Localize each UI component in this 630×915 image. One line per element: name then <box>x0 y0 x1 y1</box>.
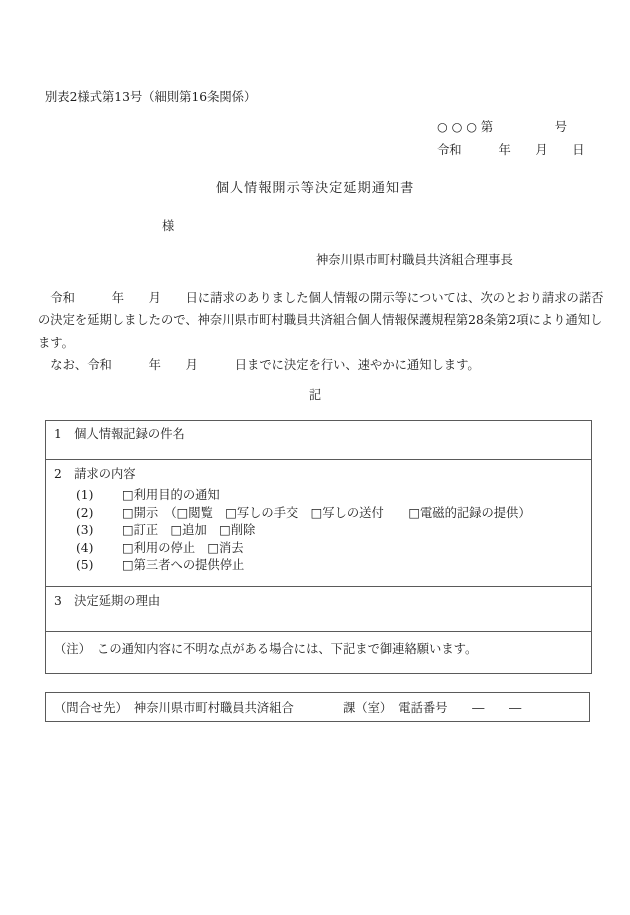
request-item-list: (1)□利用目的の通知 (2)□開示 （□閲覧 □写しの手交 □写しの送付 □電… <box>54 487 583 575</box>
document-page: 別表2様式第13号（細則第16条関係） ○ ○ ○ 第 号 令和 年 月 日 個… <box>0 0 630 915</box>
item-number: (5) <box>76 557 122 575</box>
option-label: 追加 <box>182 523 219 537</box>
option-label: 第三者への提供停止 <box>134 558 245 572</box>
option-label: 閲覧 <box>188 506 225 520</box>
checkbox-icon: □ <box>122 523 134 537</box>
request-item-2: (2)□開示 （□閲覧 □写しの手交 □写しの送付 □電磁的記録の提供） <box>76 505 583 523</box>
contact-line: （問合せ先） 神奈川県市町村職員共済組合 課（室） 電話番号 ― ― <box>54 698 521 716</box>
option-label: 開示 （ <box>134 506 177 520</box>
checkbox-icon: □ <box>219 523 231 537</box>
table-row-note: （注） この通知内容に不明な点がある場合には、下記まで御連絡願います。 <box>46 631 591 673</box>
checkbox-icon: □ <box>122 488 134 502</box>
option-label: 消去 <box>219 541 244 555</box>
request-item-3: (3)□訂正 □追加 □削除 <box>76 522 583 540</box>
contact-box: （問合せ先） 神奈川県市町村職員共済組合 課（室） 電話番号 ― ― <box>45 692 590 722</box>
option-label: 削除 <box>231 523 256 537</box>
request-item-1: (1)□利用目的の通知 <box>76 487 583 505</box>
body-line: の決定を延期しましたので、神奈川県市町村職員共済組合個人情報保護規程第28条第2… <box>38 309 598 331</box>
addressee-honorific: 様 <box>162 216 174 234</box>
item-number: (1) <box>76 487 122 505</box>
item-number: (4) <box>76 540 122 558</box>
item-number: (3) <box>76 522 122 540</box>
checkbox-icon: □ <box>122 541 134 555</box>
checkbox-icon: □ <box>177 506 189 520</box>
checkbox-icon: □ <box>311 506 323 520</box>
sender-name: 神奈川県市町村職員共済組合理事長 <box>316 250 513 268</box>
option-label: 訂正 <box>134 523 171 537</box>
form-id-label: 別表2様式第13号（細則第16条関係） <box>45 87 256 105</box>
checkbox-icon: □ <box>122 558 134 572</box>
row-label: 2 請求の内容 <box>54 466 583 483</box>
option-label: 写しの送付 <box>322 506 408 520</box>
record-marker: 記 <box>0 385 630 403</box>
main-table: 1 個人情報記録の件名 2 請求の内容 (1)□利用目的の通知 (2)□開示 （… <box>45 420 592 674</box>
table-row-record-name: 1 個人情報記録の件名 <box>46 421 591 459</box>
body-line: 令和 年 月 日に請求のありました個人情報の開示等については、次のとおり請求の諾… <box>38 287 598 309</box>
request-item-4: (4)□利用の停止 □消去 <box>76 540 583 558</box>
header-right-block: ○ ○ ○ 第 号 令和 年 月 日 <box>437 116 585 162</box>
row-label: 1 個人情報記録の件名 <box>54 426 583 443</box>
checkbox-icon: □ <box>171 523 183 537</box>
note-text: （注） この通知内容に不明な点がある場合には、下記まで御連絡願います。 <box>54 641 583 658</box>
doc-date-line: 令和 年 月 日 <box>437 139 585 162</box>
table-row-request-content: 2 請求の内容 (1)□利用目的の通知 (2)□開示 （□閲覧 □写しの手交 □… <box>46 459 591 586</box>
checkbox-icon: □ <box>408 506 420 520</box>
option-label: 写しの手交 <box>237 506 311 520</box>
checkbox-icon: □ <box>207 541 219 555</box>
body-line: なお、令和 年 月 日までに決定を行い、速やかに通知します。 <box>38 354 598 376</box>
option-label: 電磁的記録の提供） <box>420 506 531 520</box>
item-number: (2) <box>76 505 122 523</box>
checkbox-icon: □ <box>225 506 237 520</box>
row-label: 3 決定延期の理由 <box>54 593 583 610</box>
body-paragraphs: 令和 年 月 日に請求のありました個人情報の開示等については、次のとおり請求の諾… <box>38 287 598 377</box>
table-row-postpone-reason: 3 決定延期の理由 <box>46 586 591 631</box>
option-label: 利用の停止 <box>134 541 208 555</box>
body-line: ます。 <box>38 332 598 354</box>
request-item-5: (5)□第三者への提供停止 <box>76 557 583 575</box>
doc-number-line: ○ ○ ○ 第 号 <box>437 116 585 139</box>
option-label: 利用目的の通知 <box>134 488 220 502</box>
checkbox-icon: □ <box>122 506 134 520</box>
page-title: 個人情報開示等決定延期通知書 <box>0 177 630 196</box>
